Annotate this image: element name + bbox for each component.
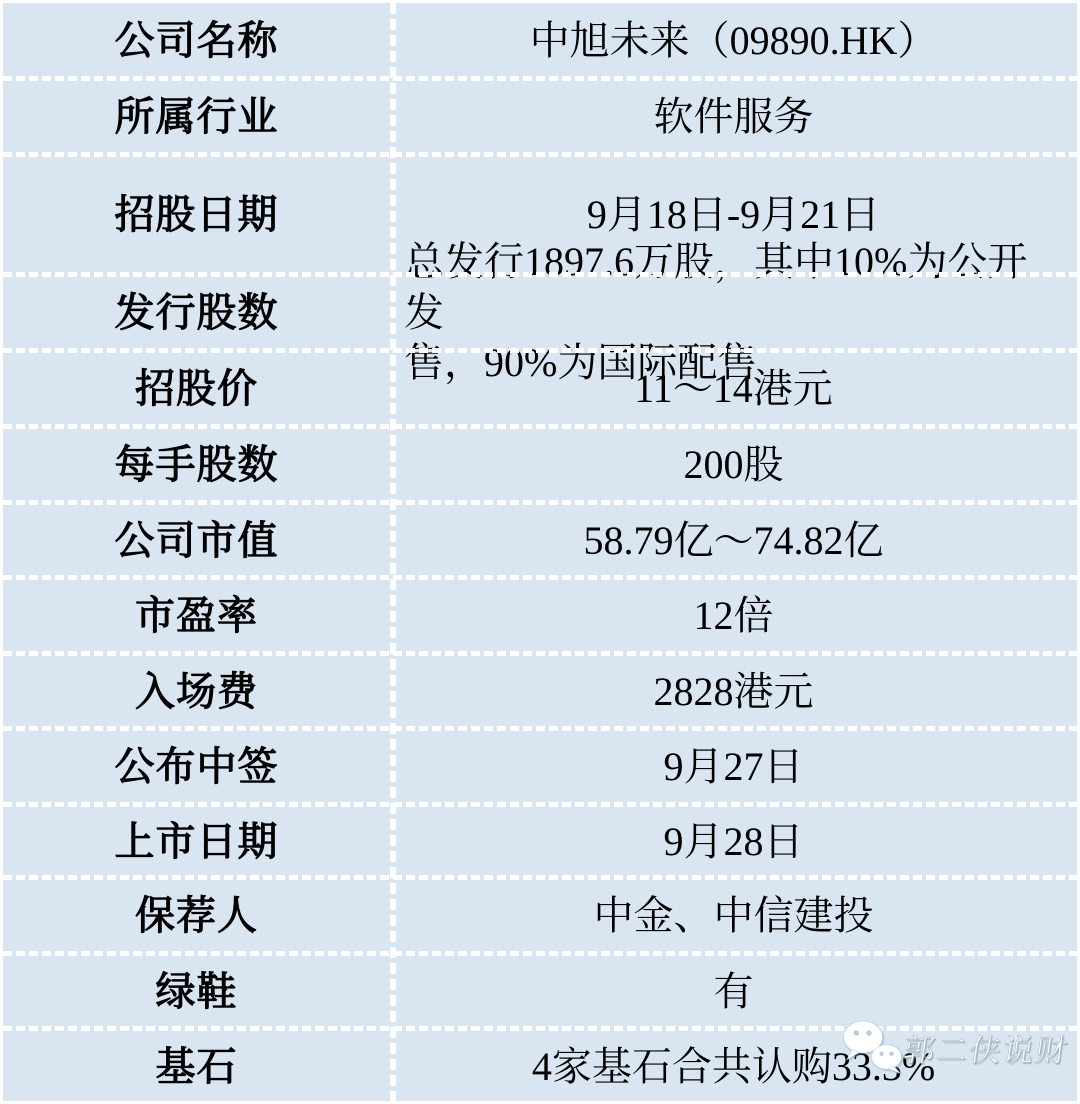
row-value: 总发行1897.6万股，其中10%为公开发 售，90%为国际配售 xyxy=(390,275,1077,351)
row-value: 11～14港元 xyxy=(390,351,1077,427)
table-row: 公司名称 中旭未来（09890.HK） xyxy=(3,3,1077,79)
row-label: 招股日期 xyxy=(3,155,390,275)
row-value: 9月28日 xyxy=(390,805,1077,878)
row-label: 保荐人 xyxy=(3,878,390,954)
row-value: 中旭未来（09890.HK） xyxy=(390,3,1077,79)
table-row: 市盈率 12倍 xyxy=(3,578,1077,654)
row-value: 200股 xyxy=(390,427,1077,503)
table-row: 基石 4家基石合共认购33.3% xyxy=(3,1029,1077,1104)
row-label: 所属行业 xyxy=(3,79,390,155)
table-row: 公布中签 9月27日 xyxy=(3,729,1077,805)
table-row: 每手股数 200股 xyxy=(3,427,1077,503)
row-value: 4家基石合共认购33.3% xyxy=(390,1029,1077,1104)
ipo-summary-table: 公司名称 中旭未来（09890.HK） 所属行业 软件服务 招股日期 9月18日… xyxy=(0,0,1080,1104)
row-label: 发行股数 xyxy=(3,275,390,351)
row-label: 公司名称 xyxy=(3,3,390,79)
row-label: 每手股数 xyxy=(3,427,390,503)
row-label: 绿鞋 xyxy=(3,954,390,1029)
table-row: 公司市值 58.79亿～74.82亿 xyxy=(3,503,1077,578)
row-value: 中金、中信建投 xyxy=(390,878,1077,954)
row-label: 公布中签 xyxy=(3,729,390,805)
table-row: 所属行业 软件服务 xyxy=(3,79,1077,155)
row-value: 9月27日 xyxy=(390,729,1077,805)
table-row: 保荐人 中金、中信建投 xyxy=(3,878,1077,954)
row-label: 上市日期 xyxy=(3,805,390,878)
table-row: 入场费 2828港元 xyxy=(3,654,1077,729)
table-row: 绿鞋 有 xyxy=(3,954,1077,1029)
row-label: 入场费 xyxy=(3,654,390,729)
row-value: 58.79亿～74.82亿 xyxy=(390,503,1077,578)
row-value: 12倍 xyxy=(390,578,1077,654)
row-label: 基石 xyxy=(3,1029,390,1104)
table-row: 发行股数 总发行1897.6万股，其中10%为公开发 售，90%为国际配售 xyxy=(3,275,1077,351)
row-label: 公司市值 xyxy=(3,503,390,578)
table-grid: 公司名称 中旭未来（09890.HK） 所属行业 软件服务 招股日期 9月18日… xyxy=(3,3,1077,1101)
row-label: 招股价 xyxy=(3,351,390,427)
table-row: 上市日期 9月28日 xyxy=(3,805,1077,878)
row-label: 市盈率 xyxy=(3,578,390,654)
row-value: 有 xyxy=(390,954,1077,1029)
row-value: 软件服务 xyxy=(390,79,1077,155)
table-row: 招股价 11～14港元 xyxy=(3,351,1077,427)
row-value: 2828港元 xyxy=(390,654,1077,729)
